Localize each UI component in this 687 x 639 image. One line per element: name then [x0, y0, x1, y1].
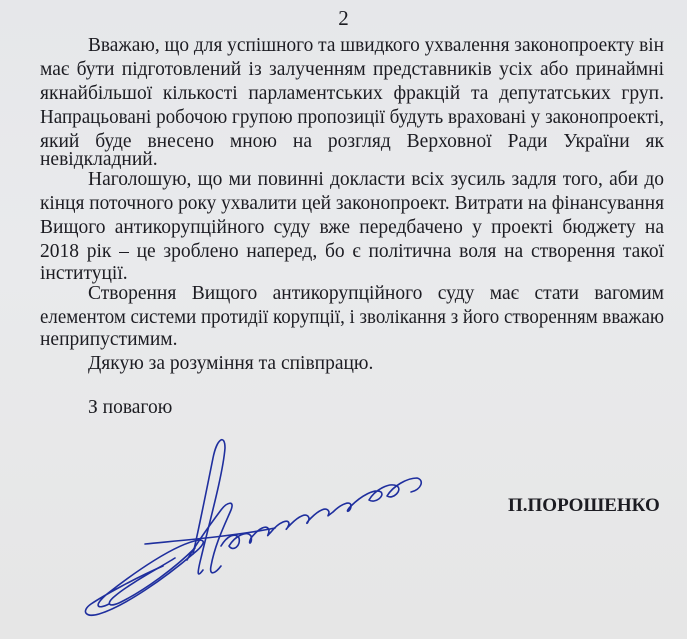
- paragraph-1-line-3: якнайбільшої кількості парламентських фр…: [40, 82, 664, 106]
- signature-icon: [75, 428, 445, 618]
- paragraph-4-line-1: Дякую за розуміння та співпрацю.: [88, 352, 664, 376]
- paragraph-2-line-3: Вищого антикорупційного суду вже передба…: [40, 216, 664, 240]
- document-page: 2 Вважаю, що для успішного та швидкого у…: [0, 0, 687, 639]
- paragraph-1-line-1: Вважаю, що для успішного та швидкого ухв…: [88, 34, 664, 58]
- page-number: 2: [0, 6, 687, 30]
- closing-salutation: З повагою: [88, 396, 172, 420]
- paragraph-3-line-3: неприпустимим.: [40, 328, 664, 352]
- signer-name: П.ПОРОШЕНКО: [508, 495, 660, 517]
- paragraph-2-line-4: 2018 рік – це зроблено наперед, бо є пол…: [40, 240, 664, 264]
- paragraph-2-line-2: кінця поточного року ухвалити цей законо…: [40, 192, 664, 216]
- paragraph-3-line-2: елементом системи протидії корупції, і з…: [40, 306, 664, 330]
- paragraph-3-line-1: Створення Вищого антикорупційного суду м…: [88, 282, 664, 306]
- paragraph-1-line-2: має бути підготовлений із залученням пре…: [40, 58, 664, 82]
- paragraph-1-line-4: Напрацьовані робочою групою пропозиції б…: [40, 106, 664, 130]
- paragraph-2-line-1: Наголошую, що ми повинні докласти всіх з…: [88, 168, 664, 192]
